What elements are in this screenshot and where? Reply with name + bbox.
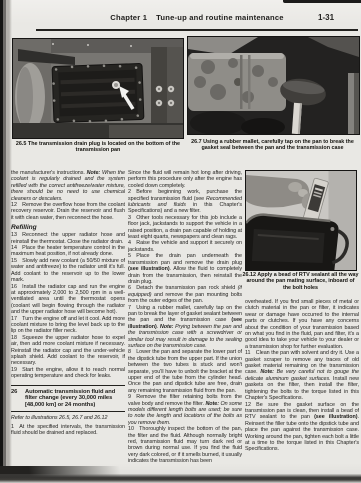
photo-26-12	[245, 170, 357, 271]
subsection-heading: Refilling	[11, 224, 125, 231]
photo-26-12-image	[246, 171, 356, 270]
text-column-3: overheated. If you find small pieces of …	[245, 299, 359, 475]
body-paragraph: 10 Thoroughly inspect the bottom of the …	[128, 426, 242, 464]
body-paragraph: 14 Place the heater temperature control …	[11, 245, 125, 258]
page-number: 1-31	[318, 13, 358, 22]
chapter-label: Chapter 1	[110, 13, 147, 22]
body-paragraph: 12 Be sure the gasket surface on the tra…	[245, 402, 359, 453]
body-paragraph: 13 Reconnect the upper radiator hose and…	[11, 232, 125, 245]
body-paragraph: 8 Lower the pan and separate the lower p…	[128, 349, 242, 394]
body-paragraph: 1 At the specified intervals, the transm…	[11, 424, 125, 437]
body-paragraph: 19 Start the engine, allow it to reach n…	[11, 367, 125, 380]
scan-edge-top	[283, 0, 361, 3]
chapter-title: Tune-up and routine maintenance	[156, 13, 284, 22]
illustration-reference: Refer to illustrations 26.5, 26.7 and 26…	[11, 415, 125, 421]
photo-26-7-caption: 26.7 Using a rubber mallet, carefully ta…	[186, 139, 359, 152]
body-paragraph: 9 Remove the filter retaining bolts from…	[128, 394, 242, 426]
photo-26-12-caption: 26.12 Apply a bead of RTV sealant all th…	[242, 272, 359, 291]
body-paragraph: 11 Clean the pan with solvent and dry it…	[245, 350, 359, 401]
body-paragraph: 3 Other tools necessary for this job inc…	[128, 215, 242, 241]
photo-26-7-image	[188, 37, 359, 134]
body-paragraph: 17 Turn the engine off and let it cool. …	[11, 316, 125, 335]
photo-26-7	[187, 36, 360, 135]
header-rule	[36, 29, 358, 31]
photo-26-5-image	[13, 39, 183, 138]
body-paragraph: Since the fluid will remain hot long aft…	[128, 170, 242, 189]
body-paragraph: the manufacturer's instructions. Note: W…	[11, 170, 125, 202]
scan-edge-bottom	[0, 474, 361, 483]
body-paragraph: 18 Squeeze the upper radiator hose to ex…	[11, 335, 125, 367]
body-paragraph: 7 Using a rubber mallet, carefully tap o…	[128, 305, 242, 350]
photo-26-5-caption: 26.5 The transmission drain plug is loca…	[12, 141, 184, 154]
body-paragraph: overheated. If you find small pieces of …	[245, 299, 359, 350]
manual-page: Chapter 1Tune-up and routine maintenance…	[0, 0, 361, 483]
body-paragraph: 12 Remove the overflow hose from the coo…	[11, 202, 125, 221]
body-paragraph: 15 Slowly add new coolant (a 50/50 mixtu…	[11, 258, 125, 284]
body-paragraph: 6 Detach the transmission pan rock shiel…	[128, 285, 242, 304]
body-paragraph: 16 Install the radiator cap and run the …	[11, 284, 125, 316]
body-paragraph: 2 Before beginning work, purchase the sp…	[128, 189, 242, 215]
page-header: Chapter 1Tune-up and routine maintenance	[36, 13, 358, 22]
section-heading: 26Automatic transmission fluid and filte…	[11, 385, 125, 413]
photo-26-5	[12, 38, 184, 139]
text-column-1: the manufacturer's instructions. Note: W…	[11, 170, 125, 476]
body-paragraph: 5 Place the drain pan underneath the tra…	[128, 253, 242, 285]
text-column-2: Since the fluid will remain hot long aft…	[128, 170, 242, 476]
body-paragraph: 4 Raise the vehicle and support it secur…	[128, 240, 242, 253]
